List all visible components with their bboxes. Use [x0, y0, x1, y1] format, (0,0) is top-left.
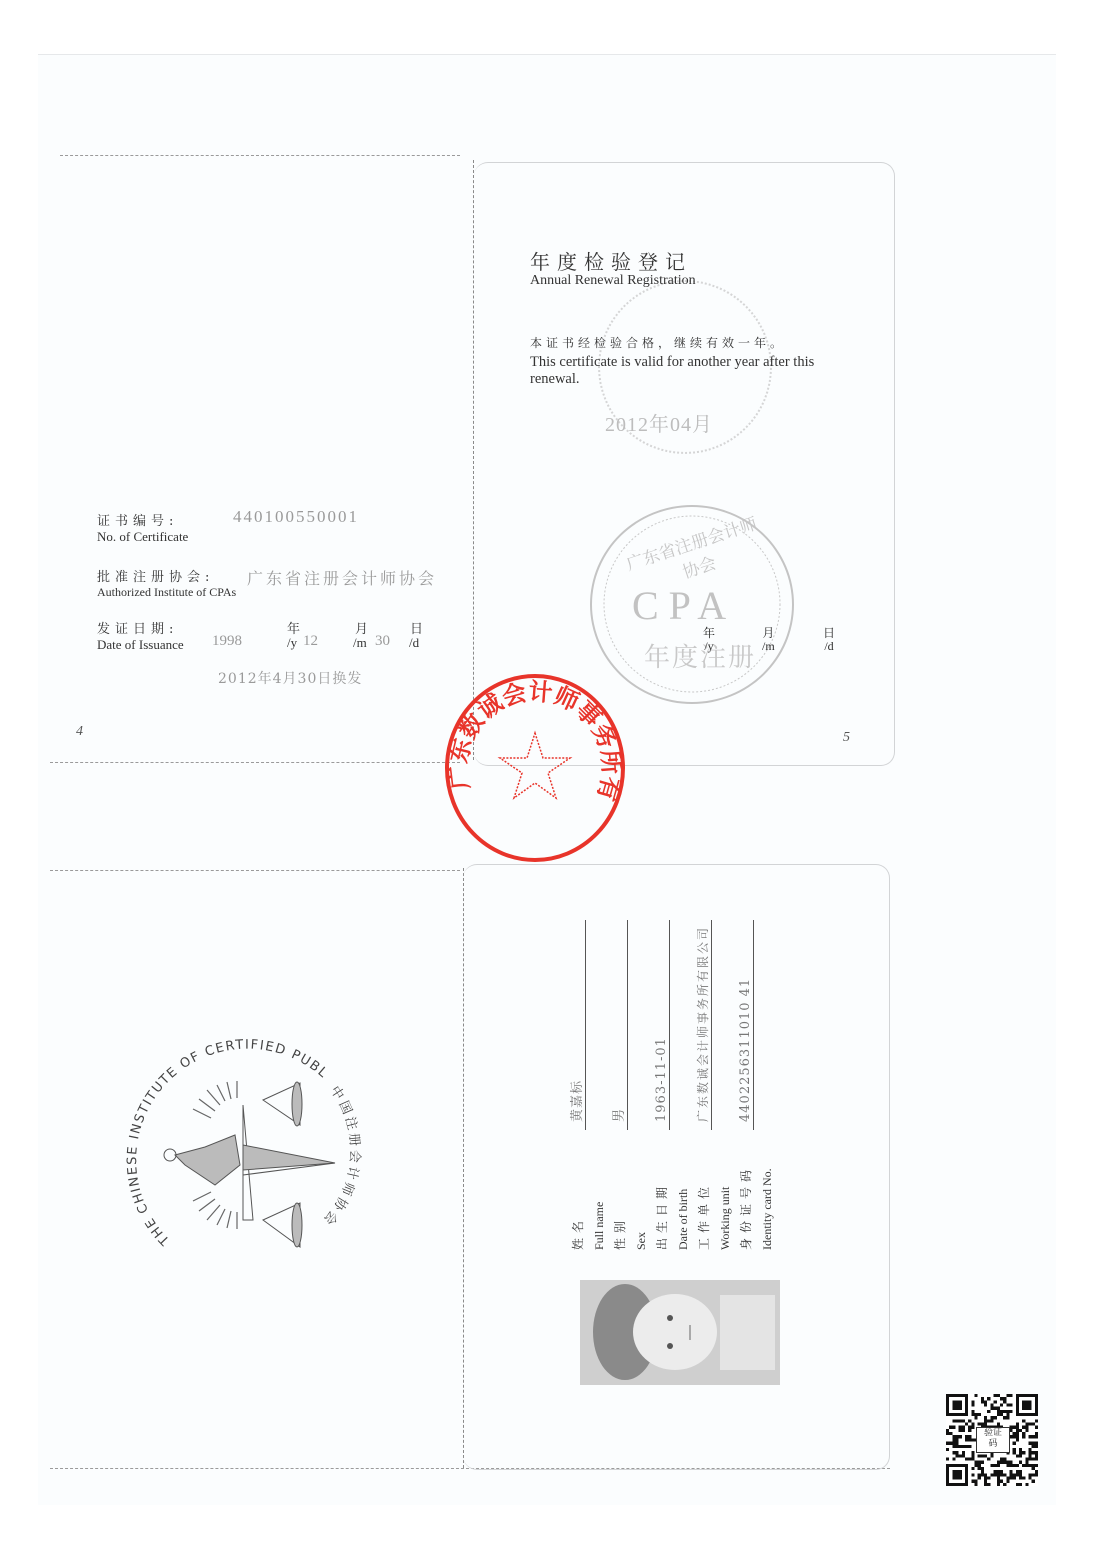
renewal-title-en: Annual Renewal Registration [530, 273, 696, 289]
field-value: 广东数诚会计师事务所有限公司 [694, 920, 712, 1130]
field-label-en: Date of birth [670, 920, 691, 1250]
person-photo-icon [580, 1280, 780, 1385]
verification-qr-code[interactable]: 验证 码 [946, 1394, 1038, 1486]
fold-line [60, 155, 460, 156]
unit-year-en: /y [287, 635, 297, 651]
renew-month-unit: 月 /m [762, 627, 775, 653]
cicpa-emblem-icon: THE CHINESE INSTITUTE OF CERTIFIED PUBLI… [125, 1035, 365, 1275]
field-value: 1963-11-01 [654, 920, 670, 1130]
issuance-label-zh: 发证日期: [97, 622, 178, 637]
fold-line [50, 870, 460, 871]
field-label-en: Full name [586, 920, 607, 1250]
certificate-no-label-en: No. of Certificate [97, 529, 188, 545]
statement-zh: 本证书经检验合格，继续有效一年。 [530, 334, 786, 351]
page-number-5: 5 [843, 730, 850, 746]
field-label-zh: 身份证号码4402256311010 41 [733, 920, 754, 1250]
issuance-day: 30 [375, 633, 390, 650]
certificate-no-block: 证书编号: 440100550001 No. of Certificate [97, 510, 188, 545]
field-label-zh: 性别男 [607, 920, 628, 1250]
cpa-stamp-bottom: 年度注册 [644, 637, 756, 674]
renew-year-unit: 年 /y [703, 627, 715, 653]
field-value: 男 [608, 920, 628, 1130]
institute-label-en: Authorized Institute of CPAs [97, 585, 236, 600]
field-label-zh: 出生日期1963-11-01 [649, 920, 670, 1250]
statement-en: This certificate is valid for another ye… [530, 354, 840, 388]
page-number-4: 4 [76, 724, 83, 740]
svg-text:广东数诚会计师事务所有限公司: 广东数诚会计师事务所有限公司 [440, 668, 626, 804]
field-label-zh: 工作单位广东数诚会计师事务所有限公司 [691, 920, 712, 1250]
field-value: 4402256311010 41 [738, 920, 754, 1130]
issuance-year: 1998 [212, 633, 242, 650]
svg-text:中国注册会计师协会: 中国注册会计师协会 [318, 1083, 362, 1229]
qr-center-label: 验证 码 [976, 1427, 1010, 1453]
renewal-title-zh: 年度检验登记 [530, 246, 692, 275]
field-label-en: Working unit [712, 920, 733, 1250]
reissue-note: 2012年4月30日换发 [218, 668, 362, 688]
issuance-month: 12 [303, 633, 318, 650]
unit-month-en: /m [353, 635, 367, 651]
authorized-institute-block: 批准注册协会: Authorized Institute of CPAs 广东省… [97, 566, 236, 600]
issuance-date-block: 发证日期: Date of Issuance 年 月 日 1998 /y 12 … [97, 618, 437, 653]
certificate-no-value: 440100550001 [233, 507, 359, 527]
renew-day-unit: 日 /d [823, 627, 835, 653]
fold-line [50, 762, 460, 763]
certificate-no-label-zh: 证书编号: [97, 514, 178, 529]
field-value: 黄嘉标 [566, 920, 586, 1130]
stamp-date-text: 2012年04月 [605, 408, 713, 437]
field-label-en: Sex [628, 920, 649, 1250]
holder-photo [580, 1280, 780, 1385]
unit-day-en: /d [409, 635, 419, 651]
red-company-seal-icon: 广东数诚会计师事务所有限公司 [440, 668, 630, 868]
institute-label-zh: 批准注册协会: [97, 570, 214, 585]
holder-info-table: 姓名黄嘉标Full name性别男Sex出生日期1963-11-01Date o… [565, 920, 775, 1250]
institute-value: 广东省注册会计师协会 [247, 566, 437, 589]
field-label-zh: 姓名黄嘉标 [565, 920, 586, 1250]
field-label-en: Identity card No. [754, 920, 775, 1250]
